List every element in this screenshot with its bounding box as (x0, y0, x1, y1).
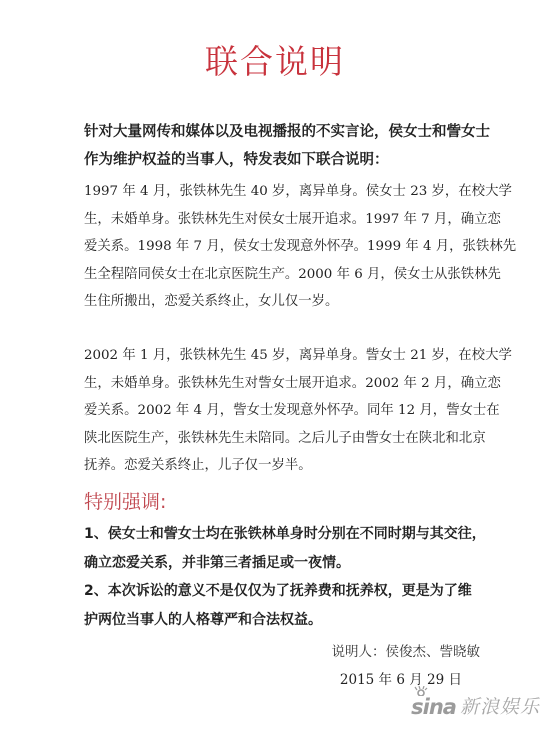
intro-statement: 针对大量网传和媒体以及电视播报的不实言论，侯女士和訾女士 作为维护权益的当事人，… (84, 118, 504, 174)
emphasis-point-2: 2、本次诉讼的意义不是仅仅为了抚养费和抚养权，更是为了维 护两位当事人的人格尊严… (84, 577, 514, 634)
paragraph-line: 2002 年 1 月，张铁林先生 45 岁，离异单身。訾女士 21 岁，在校大学 (84, 342, 504, 370)
signatories: 说明人：侯俊杰、訾晓敏 (332, 640, 481, 664)
sina-logo-text: sina (411, 695, 456, 719)
sina-logo: sina (411, 694, 456, 720)
paragraph-line: 生，未婚单身。张铁林先生对侯女士展开追求。1997 年 7 月，确立恋 (84, 206, 504, 234)
emphasis-points: 1、侯女士和訾女士均在张铁林单身时分别在不同时期与其交往， 确立恋爱关系，并非第… (84, 520, 514, 634)
page-title: 联合说明 (0, 40, 550, 84)
sina-entertainment-watermark: sina 新浪娱乐 (411, 694, 540, 720)
paragraph-line: 1997 年 4 月，张铁林先生 40 岁，离异单身。侯女士 23 岁，在校大学 (84, 178, 504, 206)
paragraph-line: 抚养。恋爱关系终止，儿子仅一岁半。 (84, 452, 504, 480)
paragraph-line: 生全程陪同侯女士在北京医院生产。2000 年 6 月，侯女士从张铁林先 (84, 261, 504, 289)
paragraph-line: 爱关系。2002 年 4 月，訾女士发现意外怀孕。同年 12 月，訾女士在 (84, 397, 504, 425)
emphasis-point-1: 1、侯女士和訾女士均在张铁林单身时分别在不同时期与其交往， 确立恋爱关系，并非第… (84, 520, 514, 577)
point-line: 2、本次诉讼的意义不是仅仅为了抚养费和抚养权，更是为了维 (84, 577, 514, 606)
intro-line: 作为维护权益的当事人，特发表如下联合说明： (84, 146, 504, 174)
paragraph-line: 生，未婚单身。张铁林先生对訾女士展开追求。2002 年 2 月，确立恋 (84, 370, 504, 398)
sina-eye-icon (414, 686, 428, 696)
point-line: 确立恋爱关系，并非第三者插足或一夜情。 (84, 549, 514, 578)
brand-text: 新浪娱乐 (460, 694, 540, 720)
point-line: 1、侯女士和訾女士均在张铁林单身时分别在不同时期与其交往， (84, 520, 514, 549)
point-line: 护两位当事人的人格尊严和合法权益。 (84, 606, 514, 635)
paragraph-line: 陕北医院生产，张铁林先生未陪同。之后儿子由訾女士在陕北和北京 (84, 425, 504, 453)
paragraph-hou: 1997 年 4 月，张铁林先生 40 岁，离异单身。侯女士 23 岁，在校大学… (84, 178, 504, 316)
paragraph-line: 生住所搬出，恋爱关系终止，女儿仅一岁。 (84, 288, 504, 316)
document-date: 2015 年 6 月 29 日 (340, 668, 462, 692)
paragraph-line: 爱关系。1998 年 7 月，侯女士发现意外怀孕。1999 年 4 月，张铁林先 (84, 233, 504, 261)
special-emphasis-heading: 特别强调: (84, 488, 166, 516)
intro-line: 针对大量网传和媒体以及电视播报的不实言论，侯女士和訾女士 (84, 118, 504, 146)
paragraph-zi: 2002 年 1 月，张铁林先生 45 岁，离异单身。訾女士 21 岁，在校大学… (84, 342, 504, 480)
